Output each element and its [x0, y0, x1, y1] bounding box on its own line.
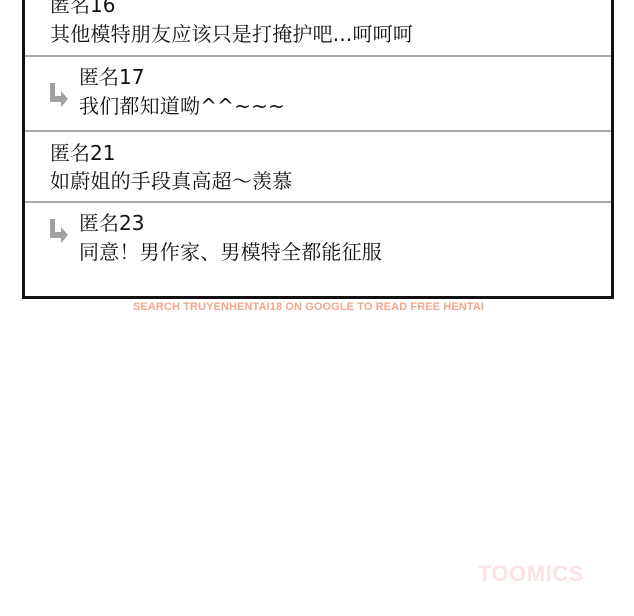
- reply-item: 匿名23 同意！男作家、男模特全都能征服: [25, 203, 611, 293]
- watermark-text: SEARCH TRUYENHENTAI18 ON GOOGLE TO READ …: [133, 301, 484, 313]
- comment-panel: 匿名16 其他模特朋友应该只是打掩护吧...呵呵呵 匿名17 我们都知道呦^^~…: [22, 0, 614, 299]
- comment-text: 其他模特朋友应该只是打掩护吧...呵呵呵: [50, 23, 413, 45]
- reply-arrow-icon: [47, 81, 69, 107]
- comment-author: 匿名23: [79, 212, 144, 234]
- comment-author: 匿名21: [50, 142, 115, 164]
- comment-text: 同意！男作家、男模特全都能征服: [79, 241, 382, 263]
- toomics-logo: TOOMICS: [478, 561, 584, 587]
- comment-item: 匿名16 其他模特朋友应该只是打掩护吧...呵呵呵: [25, 0, 611, 56]
- reply-item: 匿名17 我们都知道呦^^~~~: [25, 57, 611, 131]
- comment-item: 匿名21 如蔚姐的手段真高超～羡慕: [25, 132, 611, 202]
- comment-text: 我们都知道呦^^~~~: [79, 95, 285, 117]
- comment-author: 匿名17: [79, 66, 144, 88]
- comment-text: 如蔚姐的手段真高超～羡慕: [50, 170, 292, 192]
- comment-author: 匿名16: [50, 0, 115, 16]
- reply-arrow-icon: [47, 217, 69, 243]
